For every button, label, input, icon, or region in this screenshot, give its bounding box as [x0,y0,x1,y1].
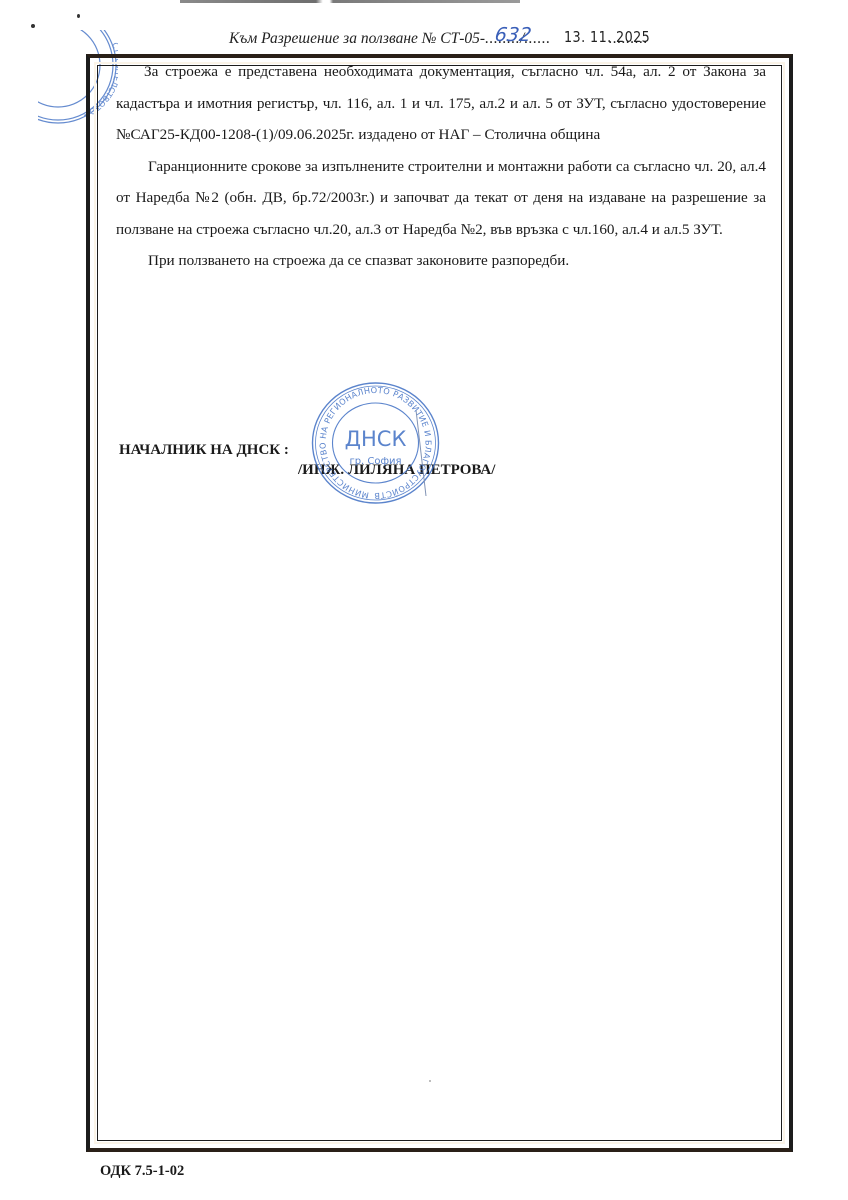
handwritten-permit-date: 13. 11. 2025 [564,28,650,46]
scan-speck [77,14,80,18]
permit-reference-prefix: Към Разрешение за ползване № СТ-05- [229,30,485,47]
signature-title: НАЧАЛНИК НА ДНСК : [119,442,289,459]
svg-text:гр. София: гр. София [349,456,401,467]
paragraph-usage: При ползването на строежа да се спазват … [116,245,766,277]
dnsk-stamp-icon: МИНИСТЕРСТВО НА РЕГИОНАЛНОТО РАЗВИТИЕ И … [308,380,443,506]
form-code: ОДК 7.5-1-02 [100,1163,184,1180]
scan-speck [31,24,35,28]
paragraph-documentation: За строежа е представена необходимата до… [116,56,766,151]
document-body: За строежа е представена необходимата до… [116,56,766,277]
handwritten-permit-number: 632 [493,24,532,46]
scan-artifact-bar [180,0,520,3]
scan-speck [429,1080,431,1082]
svg-text:ДНСК: ДНСК [345,427,407,451]
paragraph-warranty: Гаранционните срокове за изпълнените стр… [116,151,766,246]
